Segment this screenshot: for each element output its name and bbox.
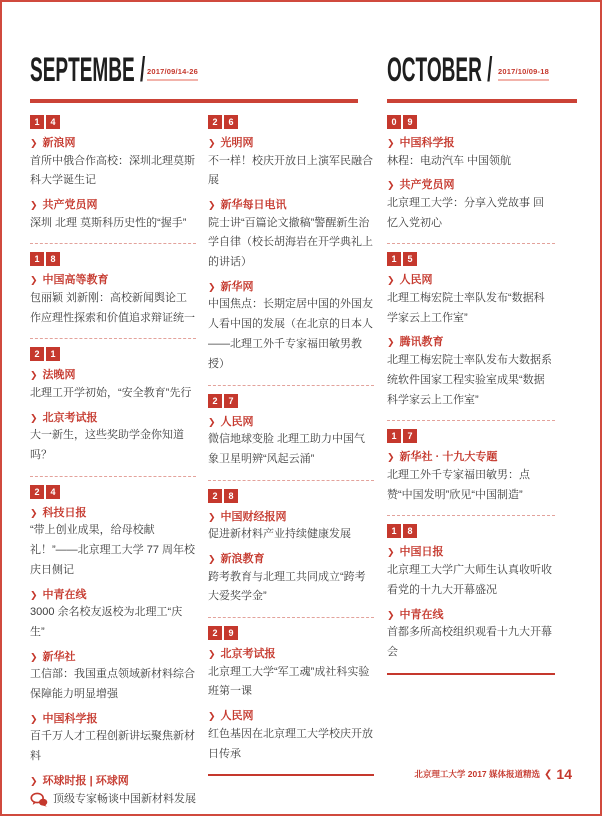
source-name: 新华网 xyxy=(221,279,254,296)
news-group: 15❯人民网北理工梅宏院士率队发布“数据科学家云上工作室”❯腾讯教育北理工梅宏院… xyxy=(387,252,555,421)
section-header-september: SEPTEMBE / 2017/09/14-26 xyxy=(30,56,236,88)
date-badge-digit: 8 xyxy=(224,489,238,503)
news-group: 14❯新浪网首所中俄合作高校：深圳北理莫斯科大学诞生记❯共产党员网深圳 北理 莫… xyxy=(30,115,196,244)
date-badge: 24 xyxy=(30,485,196,499)
source-label: ❯人民网 xyxy=(208,708,374,725)
source-label: ❯环球时报 | 环球网 xyxy=(30,773,196,790)
source-label: ❯北京考试报 xyxy=(208,646,374,663)
source-label: ❯中国日报 xyxy=(387,544,555,561)
date-badge-digit: 7 xyxy=(403,429,417,443)
source-label: ❯中国科学报 xyxy=(30,711,196,728)
chevron-right-icon: ❯ xyxy=(30,775,38,789)
date-badge: 15 xyxy=(387,252,555,266)
footer-page-number: 14 xyxy=(556,766,572,782)
article-title: 百千万人才工程创新讲坛聚焦新材料 xyxy=(30,727,196,767)
article-title-text: 顶级专家畅谈中国新材料发展 xyxy=(53,790,196,810)
article-title: 首所中俄合作高校：深圳北理莫斯科大学诞生记 xyxy=(30,152,196,192)
article-title: 首都多所高校组织观看十九大开幕会 xyxy=(387,623,555,663)
news-group: 26❯光明网不一样！校庆开放日上演军民融合展❯新华每日电讯院士讲“百篇论文撤稿”… xyxy=(208,115,374,386)
page-footer: 北京理工大学 2017 媒体报道精选 ❮ 14 xyxy=(414,766,572,782)
source-name: 科技日报 xyxy=(43,505,87,522)
article-title: 北京理工大学广大师生认真收听收看党的十九大开幕盛况 xyxy=(387,561,555,601)
chevron-right-icon: ❯ xyxy=(30,274,38,288)
article-title: 北理工外千专家福田敏男：点赞“中国发明”欣见“中国制造” xyxy=(387,466,555,506)
date-badge: 17 xyxy=(387,429,555,443)
article-title: 不一样！校庆开放日上演军民融合展 xyxy=(208,152,374,192)
source-label: ❯中国科学报 xyxy=(387,135,555,152)
date-badge-digit: 2 xyxy=(30,347,44,361)
source-name: 北京考试报 xyxy=(221,646,276,663)
date-badge-digit: 4 xyxy=(46,485,60,499)
chevron-right-icon: ❯ xyxy=(387,179,395,193)
source-name: 共产党员网 xyxy=(43,197,98,214)
chevron-right-icon: ❯ xyxy=(30,507,38,521)
article-title: 大一新生，这些奖助学金你知道吗？ xyxy=(30,426,196,466)
source-label: ❯中青在线 xyxy=(387,607,555,624)
news-group: 18❯中国日报北京理工大学广大师生认真收听收看党的十九大开幕盛况❯中青在线首都多… xyxy=(387,524,555,674)
article-title: 北京理工大学：分享入党故事 回忆入党初心 xyxy=(387,194,555,234)
chevron-right-icon: ❯ xyxy=(387,609,395,623)
news-group: 29❯北京考试报北京理工大学“军工魂”成社科实验班第一课❯人民网红色基因在北京理… xyxy=(208,626,374,776)
article-title: 工信部：我国重点领域新材料综合保障能力明显增强 xyxy=(30,665,196,705)
chevron-right-icon: ❯ xyxy=(30,589,38,603)
september-section-bar xyxy=(30,99,358,103)
date-badge-digit: 5 xyxy=(403,252,417,266)
source-name: 新华社 xyxy=(43,649,76,666)
chevron-right-icon: ❯ xyxy=(30,137,38,151)
source-name: 中国科学报 xyxy=(43,711,98,728)
article-title: 顶级专家畅谈中国新材料发展 xyxy=(30,790,196,810)
section-daterange-october: 2017/10/09-18 xyxy=(498,67,549,81)
news-group: 17❯新华社 · 十九大专题北理工外千专家福田敏男：点赞“中国发明”欣见“中国制… xyxy=(387,429,555,516)
source-label: ❯法晚网 xyxy=(30,367,196,384)
date-badge: 18 xyxy=(387,524,555,538)
source-name: 新华社 · 十九大专题 xyxy=(400,449,498,466)
source-name: 共产党员网 xyxy=(400,177,455,194)
date-badge-digit: 2 xyxy=(208,626,222,640)
chevron-right-icon: ❯ xyxy=(208,710,216,724)
article-title: 中国焦点：长期定居中国的外国友人看中国的发展（在北京的日本人——北理工外千专家福… xyxy=(208,295,374,374)
chevron-right-icon: ❯ xyxy=(208,416,216,430)
chevron-right-icon: ❯ xyxy=(208,553,216,567)
chevron-right-icon: ❯ xyxy=(387,137,395,151)
article-title: 包丽颖 刘新刚：高校新闻舆论工作应理性探索和价值追求辩证统一 xyxy=(30,289,196,329)
news-group: 27❯人民网微信地球变脸 北理工助力中国气象卫星明辨“风起云涌” xyxy=(208,394,374,481)
date-badge-digit: 8 xyxy=(403,524,417,538)
source-label: ❯人民网 xyxy=(387,272,555,289)
section-header-october: OCTOBER / 2017/10/09-18 xyxy=(387,56,575,88)
date-badge: 28 xyxy=(208,489,374,503)
date-badge-digit: 1 xyxy=(387,524,401,538)
chevron-right-icon: ❯ xyxy=(387,546,395,560)
chevron-right-icon: ❯ xyxy=(208,648,216,662)
source-label: ❯人民网 xyxy=(208,414,374,431)
date-badge-digit: 2 xyxy=(208,115,222,129)
article-title: 院士讲“百篇论文撤稿”警醒新生治学自律（校长胡海岩在开学典礼上的讲话） xyxy=(208,214,374,273)
chevron-right-icon: ❯ xyxy=(30,651,38,665)
date-badge-digit: 2 xyxy=(30,485,44,499)
date-badge-digit: 4 xyxy=(46,115,60,129)
source-label: ❯中国高等教育 xyxy=(30,272,196,289)
chevron-right-icon: ❯ xyxy=(208,281,216,295)
source-name: 中国科学报 xyxy=(400,135,455,152)
article-title: 北理工开学初始，“安全教育”先行 xyxy=(30,384,196,404)
chevron-right-icon: ❯ xyxy=(30,713,38,727)
date-badge: 29 xyxy=(208,626,374,640)
source-name: 新浪网 xyxy=(43,135,76,152)
chevron-right-icon: ❯ xyxy=(208,199,216,213)
column-september-1: 14❯新浪网首所中俄合作高校：深圳北理莫斯科大学诞生记❯共产党员网深圳 北理 莫… xyxy=(30,115,196,816)
news-group: 21❯法晚网北理工开学初始，“安全教育”先行❯北京考试报大一新生，这些奖助学金你… xyxy=(30,347,196,476)
article-title: 北理工梅宏院士率队发布“数据科学家云上工作室” xyxy=(387,289,555,329)
column-october-1: 09❯中国科学报林程：电动汽车 中国领航❯共产党员网北京理工大学：分享入党故事 … xyxy=(387,115,555,675)
date-badge-digit: 2 xyxy=(208,489,222,503)
october-section-bar xyxy=(387,99,577,103)
source-name: 环球时报 | 环球网 xyxy=(43,773,129,790)
source-name: 法晚网 xyxy=(43,367,76,384)
date-badge-digit: 2 xyxy=(208,394,222,408)
article-title: 林程：电动汽车 中国领航 xyxy=(387,152,555,172)
footer-page-marker-icon: ❮ xyxy=(544,769,552,780)
source-label: ❯腾讯教育 xyxy=(387,334,555,351)
source-label: ❯新浪网 xyxy=(30,135,196,152)
date-badge-digit: 1 xyxy=(30,115,44,129)
chevron-right-icon: ❯ xyxy=(387,336,395,350)
date-badge: 26 xyxy=(208,115,374,129)
article-title: 跨考教育与北理工共同成立“跨考大爱奖学金” xyxy=(208,568,374,608)
date-badge: 09 xyxy=(387,115,555,129)
date-badge-digit: 9 xyxy=(403,115,417,129)
source-label: ❯新华社 · 十九大专题 xyxy=(387,449,555,466)
source-label: ❯科技日报 xyxy=(30,505,196,522)
source-label: ❯新华社 xyxy=(30,649,196,666)
date-badge-digit: 1 xyxy=(387,252,401,266)
source-name: 人民网 xyxy=(400,272,433,289)
source-name: 中国高等教育 xyxy=(43,272,109,289)
date-badge-digit: 0 xyxy=(387,115,401,129)
section-daterange-september: 2017/09/14-26 xyxy=(147,67,198,81)
source-label: ❯共产党员网 xyxy=(387,177,555,194)
news-group: 09❯中国科学报林程：电动汽车 中国领航❯共产党员网北京理工大学：分享入党故事 … xyxy=(387,115,555,244)
chevron-right-icon: ❯ xyxy=(30,199,38,213)
source-label: ❯新华网 xyxy=(208,279,374,296)
source-name: 北京考试报 xyxy=(43,410,98,427)
date-badge-digit: 1 xyxy=(30,252,44,266)
date-badge: 18 xyxy=(30,252,196,266)
date-badge-digit: 6 xyxy=(224,115,238,129)
section-title-october: OCTOBER / xyxy=(387,56,492,84)
wechat-icon xyxy=(30,792,48,807)
date-badge-digit: 1 xyxy=(46,347,60,361)
source-name: 新浪教育 xyxy=(221,551,265,568)
date-badge: 21 xyxy=(30,347,196,361)
news-group: 24❯科技日报“带上创业成果，给母校献礼！”——北京理工大学 77 周年校庆日侧… xyxy=(30,485,196,816)
article-title: 北京理工大学“军工魂”成社科实验班第一课 xyxy=(208,663,374,703)
section-title-september: SEPTEMBE / xyxy=(30,56,145,84)
chevron-right-icon: ❯ xyxy=(30,412,38,426)
source-label: ❯北京考试报 xyxy=(30,410,196,427)
source-label: ❯新浪教育 xyxy=(208,551,374,568)
date-badge-digit: 7 xyxy=(224,394,238,408)
page: SEPTEMBE / 2017/09/14-26 OCTOBER / 2017/… xyxy=(0,0,602,816)
date-badge-digit: 8 xyxy=(46,252,60,266)
date-badge: 27 xyxy=(208,394,374,408)
article-title: 促进新材料产业持续健康发展 xyxy=(208,525,374,545)
source-name: 中青在线 xyxy=(400,607,444,624)
source-label: ❯中国财经报网 xyxy=(208,509,374,526)
article-title: 深圳 北理 莫斯科历史性的“握手” xyxy=(30,214,196,234)
news-group: 18❯中国高等教育包丽颖 刘新刚：高校新闻舆论工作应理性探索和价值追求辩证统一 xyxy=(30,252,196,339)
source-name: 中青在线 xyxy=(43,587,87,604)
news-group: 28❯中国财经报网促进新材料产业持续健康发展❯新浪教育跨考教育与北理工共同成立“… xyxy=(208,489,374,618)
article-title: 红色基因在北京理工大学校庆开放日传承 xyxy=(208,725,374,765)
source-label: ❯共产党员网 xyxy=(30,197,196,214)
footer-text: 北京理工大学 2017 媒体报道精选 xyxy=(414,768,540,780)
column-september-2: 26❯光明网不一样！校庆开放日上演军民融合展❯新华每日电讯院士讲“百篇论文撤稿”… xyxy=(208,115,374,776)
article-title: “带上创业成果，给母校献礼！”——北京理工大学 77 周年校庆日侧记 xyxy=(30,521,196,580)
chevron-right-icon: ❯ xyxy=(208,511,216,525)
chevron-right-icon: ❯ xyxy=(387,274,395,288)
chevron-right-icon: ❯ xyxy=(387,451,395,465)
source-name: 人民网 xyxy=(221,708,254,725)
source-name: 中国财经报网 xyxy=(221,509,287,526)
article-title: 微信地球变脸 北理工助力中国气象卫星明辨“风起云涌” xyxy=(208,430,374,470)
source-name: 人民网 xyxy=(221,414,254,431)
source-label: ❯新华每日电讯 xyxy=(208,197,374,214)
source-label: ❯中青在线 xyxy=(30,587,196,604)
date-badge-digit: 9 xyxy=(224,626,238,640)
chevron-right-icon: ❯ xyxy=(30,369,38,383)
source-name: 光明网 xyxy=(221,135,254,152)
source-name: 中国日报 xyxy=(400,544,444,561)
article-title: 北理工梅宏院士率队发布大数据系统软件国家工程实验室成果“数据科学家云上工作室” xyxy=(387,351,555,410)
chevron-right-icon: ❯ xyxy=(208,137,216,151)
source-name: 腾讯教育 xyxy=(400,334,444,351)
source-label: ❯光明网 xyxy=(208,135,374,152)
source-name: 新华每日电讯 xyxy=(221,197,287,214)
date-badge-digit: 1 xyxy=(387,429,401,443)
date-badge: 14 xyxy=(30,115,196,129)
article-title: 3000 余名校友返校为北理工“庆生” xyxy=(30,603,196,643)
